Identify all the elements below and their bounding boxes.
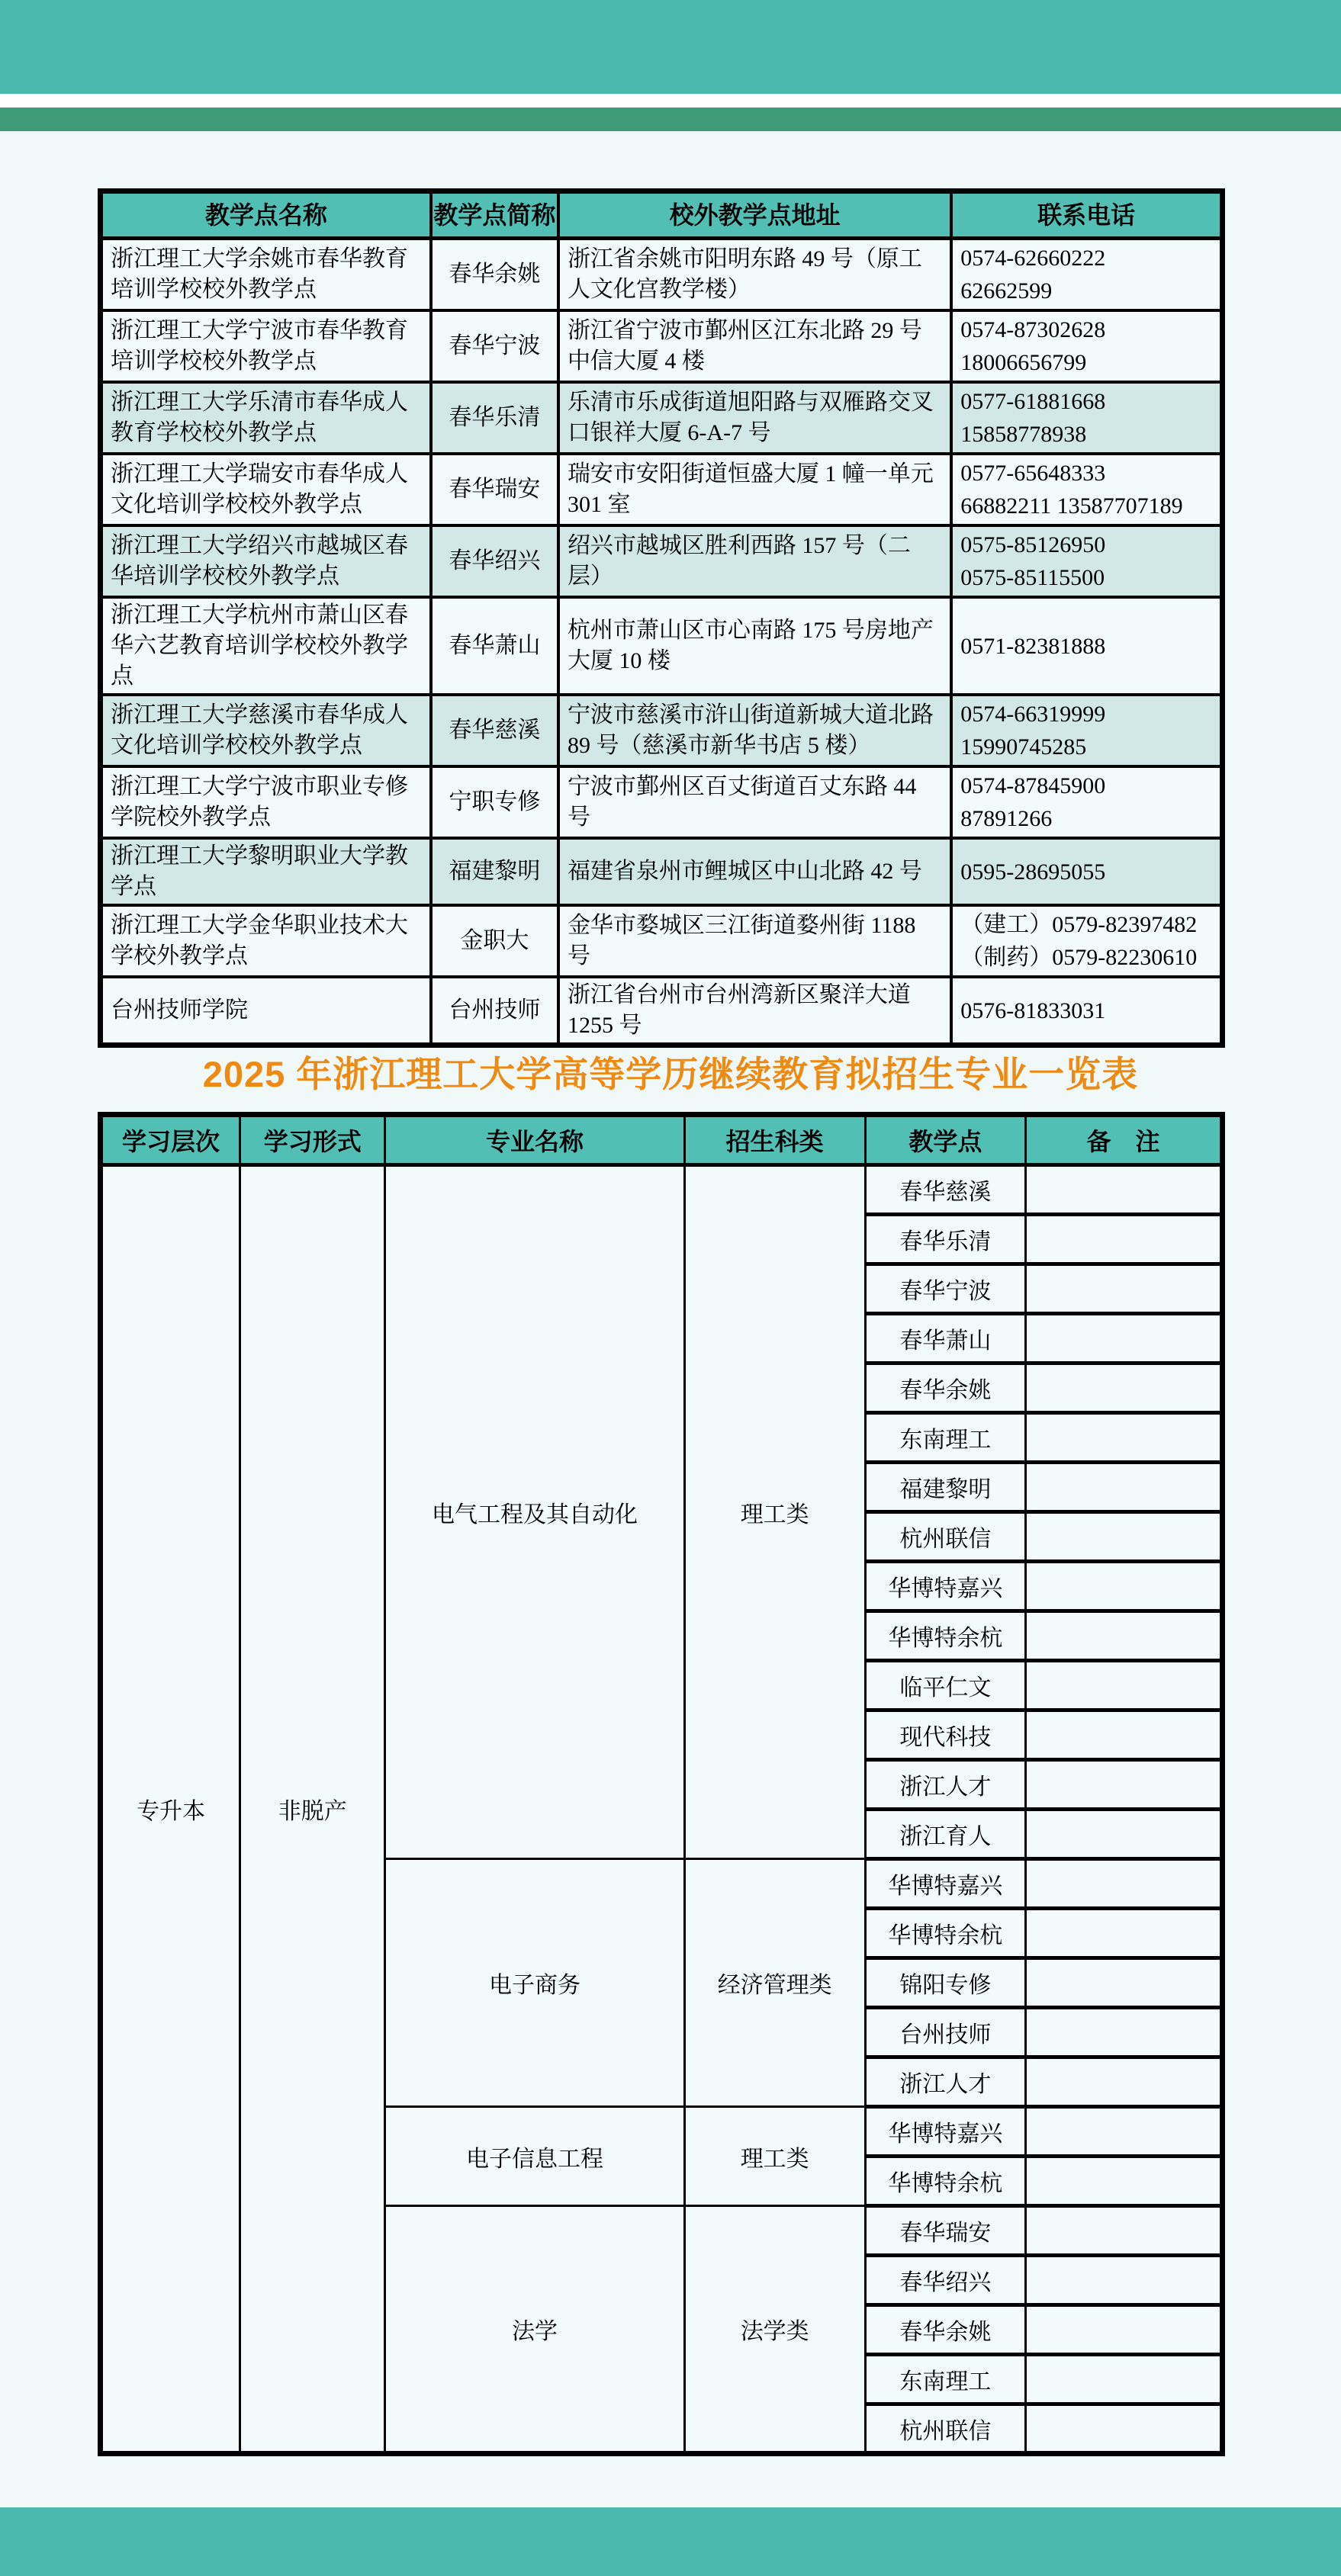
point-phone: 0571-82381888 <box>951 597 1222 695</box>
point-address: 福建省泉州市鲤城区中山北路 42 号 <box>558 838 951 905</box>
point-name: 台州技师学院 <box>101 977 431 1045</box>
teaching-point-cell: 华博特余杭 <box>865 2157 1025 2206</box>
teaching-point-cell: 春华余姚 <box>865 1363 1025 1413</box>
table-row: 浙江理工大学金华职业技术大学校外教学点 金职大 金华市婺城区三江街道婺州街 11… <box>101 905 1223 977</box>
remark-cell <box>1025 1859 1222 1909</box>
remark-cell <box>1025 2107 1222 2157</box>
teaching-point-cell: 浙江育人 <box>865 1810 1025 1859</box>
remark-cell <box>1025 2355 1222 2404</box>
point-phone: 0574-6631999915990745285 <box>951 695 1222 766</box>
point-phone: 0595-28695055 <box>951 838 1222 905</box>
teaching-point-cell: 华博特余杭 <box>865 1909 1025 1958</box>
point-abbr: 春华绍兴 <box>431 525 558 597</box>
col-header-remark: 备 注 <box>1025 1115 1222 1165</box>
point-address: 杭州市萧山区市心南路 175 号房地产大厦 10 楼 <box>558 597 951 695</box>
remark-cell <box>1025 2008 1222 2057</box>
remark-cell <box>1025 1611 1222 1661</box>
point-address: 金华市婺城区三江街道婺州街 1188 号 <box>558 905 951 977</box>
col-header-teaching-point: 教学点 <box>865 1115 1025 1165</box>
point-abbr: 春华慈溪 <box>431 695 558 766</box>
teaching-point-cell: 浙江人才 <box>865 2057 1025 2107</box>
teaching-point-cell: 东南理工 <box>865 1413 1025 1463</box>
remark-cell <box>1025 1314 1222 1363</box>
teaching-points-table: 教学点名称 教学点简称 校外教学点地址 联系电话 浙江理工大学余姚市春华教育培训… <box>98 188 1225 1048</box>
point-phone: （建工）0579-82397482（制药）0579-82230610 <box>951 905 1222 977</box>
point-name: 浙江理工大学绍兴市越城区春华培训学校校外教学点 <box>101 525 431 597</box>
remark-cell <box>1025 1463 1222 1512</box>
col-header-major-name: 专业名称 <box>385 1115 684 1165</box>
point-phone: 0574-8730262818006656799 <box>951 310 1222 382</box>
teaching-point-cell: 台州技师 <box>865 2008 1025 2057</box>
point-phone: 0574-6266022262662599 <box>951 239 1222 311</box>
remark-cell <box>1025 1215 1222 1264</box>
page-title: 2025 年浙江理工大学高等学历继续教育拟招生专业一览表 <box>0 1046 1341 1097</box>
teaching-point-cell: 春华瑞安 <box>865 2206 1025 2256</box>
col-header-point-abbr: 教学点简称 <box>431 191 558 239</box>
teaching-point-cell: 春华绍兴 <box>865 2256 1025 2305</box>
bottom-teal-bar <box>0 2507 1341 2576</box>
table-row: 浙江理工大学宁波市职业专修学院校外教学点 宁职专修 宁波市鄞州区百丈街道百丈东路… <box>101 766 1223 838</box>
point-address: 乐清市乐成街道旭阳路与双雁路交叉口银祥大厦 6-A-7 号 <box>558 382 951 454</box>
remark-cell <box>1025 2256 1222 2305</box>
category-cell: 法学类 <box>684 2206 865 2454</box>
point-address: 宁波市鄞州区百丈街道百丈东路 44 号 <box>558 766 951 838</box>
point-abbr: 春华乐清 <box>431 382 558 454</box>
remark-cell <box>1025 2404 1222 2454</box>
point-name: 浙江理工大学宁波市春华教育培训学校校外教学点 <box>101 310 431 382</box>
col-header-point-name: 教学点名称 <box>101 191 431 239</box>
table2-header-row: 学习层次 学习形式 专业名称 招生科类 教学点 备 注 <box>101 1115 1223 1165</box>
table-row: 浙江理工大学宁波市春华教育培训学校校外教学点 春华宁波 浙江省宁波市鄞州区江东北… <box>101 310 1223 382</box>
remark-cell <box>1025 1562 1222 1611</box>
remark-cell <box>1025 1512 1222 1562</box>
teaching-point-cell: 春华宁波 <box>865 1264 1025 1314</box>
table-row: 专升本 非脱产 电气工程及其自动化 理工类 春华慈溪 <box>101 1165 1223 1215</box>
remark-cell <box>1025 2157 1222 2206</box>
teaching-point-cell: 杭州联信 <box>865 2404 1025 2454</box>
col-header-study-level: 学习层次 <box>101 1115 240 1165</box>
point-address: 浙江省宁波市鄞州区江东北路 29 号中信大厦 4 楼 <box>558 310 951 382</box>
point-name: 浙江理工大学杭州市萧山区春华六艺教育培训学校校外教学点 <box>101 597 431 695</box>
point-address: 浙江省台州市台州湾新区聚洋大道 1255 号 <box>558 977 951 1045</box>
top-green-bar <box>0 108 1341 131</box>
teaching-point-cell: 春华萧山 <box>865 1314 1025 1363</box>
point-phone: 0577-6564833366882211 13587707189 <box>951 454 1222 525</box>
point-phone: 0576-81833031 <box>951 977 1222 1045</box>
study-level-cell: 专升本 <box>101 1165 240 2454</box>
point-name: 浙江理工大学黎明职业大学教学点 <box>101 838 431 905</box>
point-address: 宁波市慈溪市浒山街道新城大道北路 89 号（慈溪市新华书店 5 楼） <box>558 695 951 766</box>
category-cell: 理工类 <box>684 2107 865 2206</box>
remark-cell <box>1025 1958 1222 2008</box>
point-abbr: 金职大 <box>431 905 558 977</box>
teaching-point-cell: 锦阳专修 <box>865 1958 1025 2008</box>
remark-cell <box>1025 1413 1222 1463</box>
point-address: 浙江省余姚市阳明东路 49 号（原工人文化宫教学楼） <box>558 239 951 311</box>
remark-cell <box>1025 1363 1222 1413</box>
point-abbr: 春华宁波 <box>431 310 558 382</box>
teaching-point-cell: 华博特嘉兴 <box>865 2107 1025 2157</box>
point-abbr: 福建黎明 <box>431 838 558 905</box>
point-name: 浙江理工大学瑞安市春华成人文化培训学校校外教学点 <box>101 454 431 525</box>
point-abbr: 春华余姚 <box>431 239 558 311</box>
teaching-point-cell: 杭州联信 <box>865 1512 1025 1562</box>
point-phone: 0575-851269500575-85115500 <box>951 525 1222 597</box>
point-address: 瑞安市安阳街道恒盛大厦 1 幢一单元 301 室 <box>558 454 951 525</box>
major-name-cell: 法学 <box>385 2206 684 2454</box>
point-abbr: 台州技师 <box>431 977 558 1045</box>
teaching-point-cell: 春华乐清 <box>865 1215 1025 1264</box>
point-name: 浙江理工大学乐清市春华成人教育学校校外教学点 <box>101 382 431 454</box>
table1-header-row: 教学点名称 教学点简称 校外教学点地址 联系电话 <box>101 191 1223 239</box>
point-phone: 0574-8784590087891266 <box>951 766 1222 838</box>
remark-cell <box>1025 2057 1222 2107</box>
remark-cell <box>1025 1710 1222 1760</box>
top-white-gap <box>0 94 1341 108</box>
point-name: 浙江理工大学宁波市职业专修学院校外教学点 <box>101 766 431 838</box>
point-address: 绍兴市越城区胜利西路 157 号（二层） <box>558 525 951 597</box>
teaching-point-cell: 现代科技 <box>865 1710 1025 1760</box>
table-row: 浙江理工大学杭州市萧山区春华六艺教育培训学校校外教学点 春华萧山 杭州市萧山区市… <box>101 597 1223 695</box>
major-name-cell: 电气工程及其自动化 <box>385 1165 684 1859</box>
table-row: 浙江理工大学绍兴市越城区春华培训学校校外教学点 春华绍兴 绍兴市越城区胜利西路 … <box>101 525 1223 597</box>
major-name-cell: 电子商务 <box>385 1859 684 2107</box>
category-cell: 理工类 <box>684 1165 865 1859</box>
point-abbr: 宁职专修 <box>431 766 558 838</box>
table-row: 浙江理工大学瑞安市春华成人文化培训学校校外教学点 春华瑞安 瑞安市安阳街道恒盛大… <box>101 454 1223 525</box>
col-header-point-phone: 联系电话 <box>951 191 1222 239</box>
teaching-point-cell: 福建黎明 <box>865 1463 1025 1512</box>
point-abbr: 春华萧山 <box>431 597 558 695</box>
teaching-point-cell: 浙江人才 <box>865 1760 1025 1810</box>
table-row: 台州技师学院 台州技师 浙江省台州市台州湾新区聚洋大道 1255 号 0576-… <box>101 977 1223 1045</box>
remark-cell <box>1025 2206 1222 2256</box>
point-name: 浙江理工大学慈溪市春华成人文化培训学校校外教学点 <box>101 695 431 766</box>
point-name: 浙江理工大学金华职业技术大学校外教学点 <box>101 905 431 977</box>
table-row: 浙江理工大学乐清市春华成人教育学校校外教学点 春华乐清 乐清市乐成街道旭阳路与双… <box>101 382 1223 454</box>
remark-cell <box>1025 1810 1222 1859</box>
teaching-point-cell: 春华余姚 <box>865 2305 1025 2355</box>
col-header-point-address: 校外教学点地址 <box>558 191 951 239</box>
study-mode-cell: 非脱产 <box>240 1165 385 2454</box>
remark-cell <box>1025 1264 1222 1314</box>
page: 教学点名称 教学点简称 校外教学点地址 联系电话 浙江理工大学余姚市春华教育培训… <box>0 0 1341 2576</box>
remark-cell <box>1025 1661 1222 1710</box>
major-name-cell: 电子信息工程 <box>385 2107 684 2206</box>
remark-cell <box>1025 1909 1222 1958</box>
col-header-study-mode: 学习形式 <box>240 1115 385 1165</box>
table-row: 浙江理工大学慈溪市春华成人文化培训学校校外教学点 春华慈溪 宁波市慈溪市浒山街道… <box>101 695 1223 766</box>
table-row: 浙江理工大学黎明职业大学教学点 福建黎明 福建省泉州市鲤城区中山北路 42 号 … <box>101 838 1223 905</box>
category-cell: 经济管理类 <box>684 1859 865 2107</box>
point-phone: 0577-6188166815858778938 <box>951 382 1222 454</box>
teaching-point-cell: 东南理工 <box>865 2355 1025 2404</box>
teaching-point-cell: 临平仁文 <box>865 1661 1025 1710</box>
teaching-point-cell: 春华慈溪 <box>865 1165 1025 1215</box>
teaching-point-cell: 华博特嘉兴 <box>865 1859 1025 1909</box>
col-header-category: 招生科类 <box>684 1115 865 1165</box>
majors-table: 学习层次 学习形式 专业名称 招生科类 教学点 备 注 专升本 非脱产 电气工程… <box>98 1112 1225 2456</box>
teaching-point-cell: 华博特嘉兴 <box>865 1562 1025 1611</box>
remark-cell <box>1025 2305 1222 2355</box>
top-teal-bar <box>0 0 1341 94</box>
remark-cell <box>1025 1165 1222 1215</box>
point-name: 浙江理工大学余姚市春华教育培训学校校外教学点 <box>101 239 431 311</box>
remark-cell <box>1025 1760 1222 1810</box>
point-abbr: 春华瑞安 <box>431 454 558 525</box>
teaching-point-cell: 华博特余杭 <box>865 1611 1025 1661</box>
table-row: 浙江理工大学余姚市春华教育培训学校校外教学点 春华余姚 浙江省余姚市阳明东路 4… <box>101 239 1223 311</box>
